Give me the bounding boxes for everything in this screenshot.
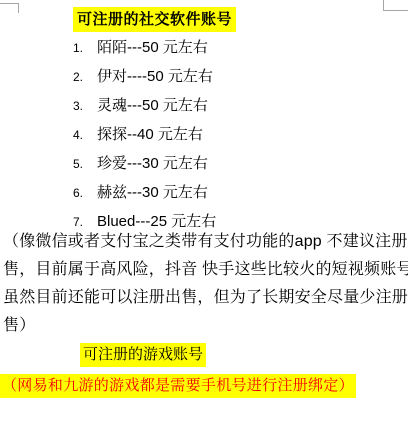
list-item: 1. 陌陌---50 元左右 — [73, 33, 216, 62]
list-item-number: 1. — [73, 34, 97, 63]
list-item-text: 探探--40 元左右 — [97, 120, 203, 149]
list-item-number: 6. — [73, 179, 97, 208]
document-page: 可注册的社交软件账号 1. 陌陌---50 元左右 2. 伊对----50 元左… — [0, 0, 408, 426]
warning-paragraph-line: 售） — [3, 312, 408, 340]
section1-title-highlighted: 可注册的社交软件账号 — [73, 7, 236, 32]
list-item-text: 伊对----50 元左右 — [97, 62, 213, 91]
warning-paragraph-line: （像微信或者支付宝之类带有支付功能的app 不建议注册出 — [3, 228, 408, 256]
list-item-number: 3. — [73, 92, 97, 121]
list-item-text: 灵魂---50 元左右 — [97, 91, 208, 120]
list-item: 5. 珍爱---30 元左右 — [73, 149, 216, 178]
warning-paragraph-line: 虽然目前还能可以注册出售，但为了长期安全尽量少注册出 — [3, 284, 408, 312]
list-item-text: 赫兹---30 元左右 — [97, 178, 208, 207]
list-item-number: 5. — [73, 150, 97, 179]
list-item: 4. 探探--40 元左右 — [73, 120, 216, 149]
list-item-number: 2. — [73, 63, 97, 92]
text-boundary-mark-top-left — [0, 3, 19, 13]
list-item-text: 珍爱---30 元左右 — [97, 149, 208, 178]
list-item-number: 4. — [73, 121, 97, 150]
section2-title-highlighted: 可注册的游戏账号 — [80, 343, 206, 367]
list-item-text: 陌陌---50 元左右 — [97, 33, 208, 62]
list-item: 2. 伊对----50 元左右 — [73, 62, 216, 91]
section2-note-highlighted: （网易和九游的游戏都是需要手机号进行注册绑定） — [0, 374, 356, 398]
warning-paragraph-line: 售，目前属于高风险，抖音 快手这些比较火的短视频账号 — [3, 256, 408, 284]
account-price-list: 1. 陌陌---50 元左右 2. 伊对----50 元左右 3. 灵魂---5… — [73, 33, 216, 236]
warning-paragraph: （像微信或者支付宝之类带有支付功能的app 不建议注册出 售，目前属于高风险，抖… — [3, 228, 408, 340]
text-boundary-mark-top-right — [383, 0, 408, 11]
list-item: 3. 灵魂---50 元左右 — [73, 91, 216, 120]
list-item: 6. 赫兹---30 元左右 — [73, 178, 216, 207]
